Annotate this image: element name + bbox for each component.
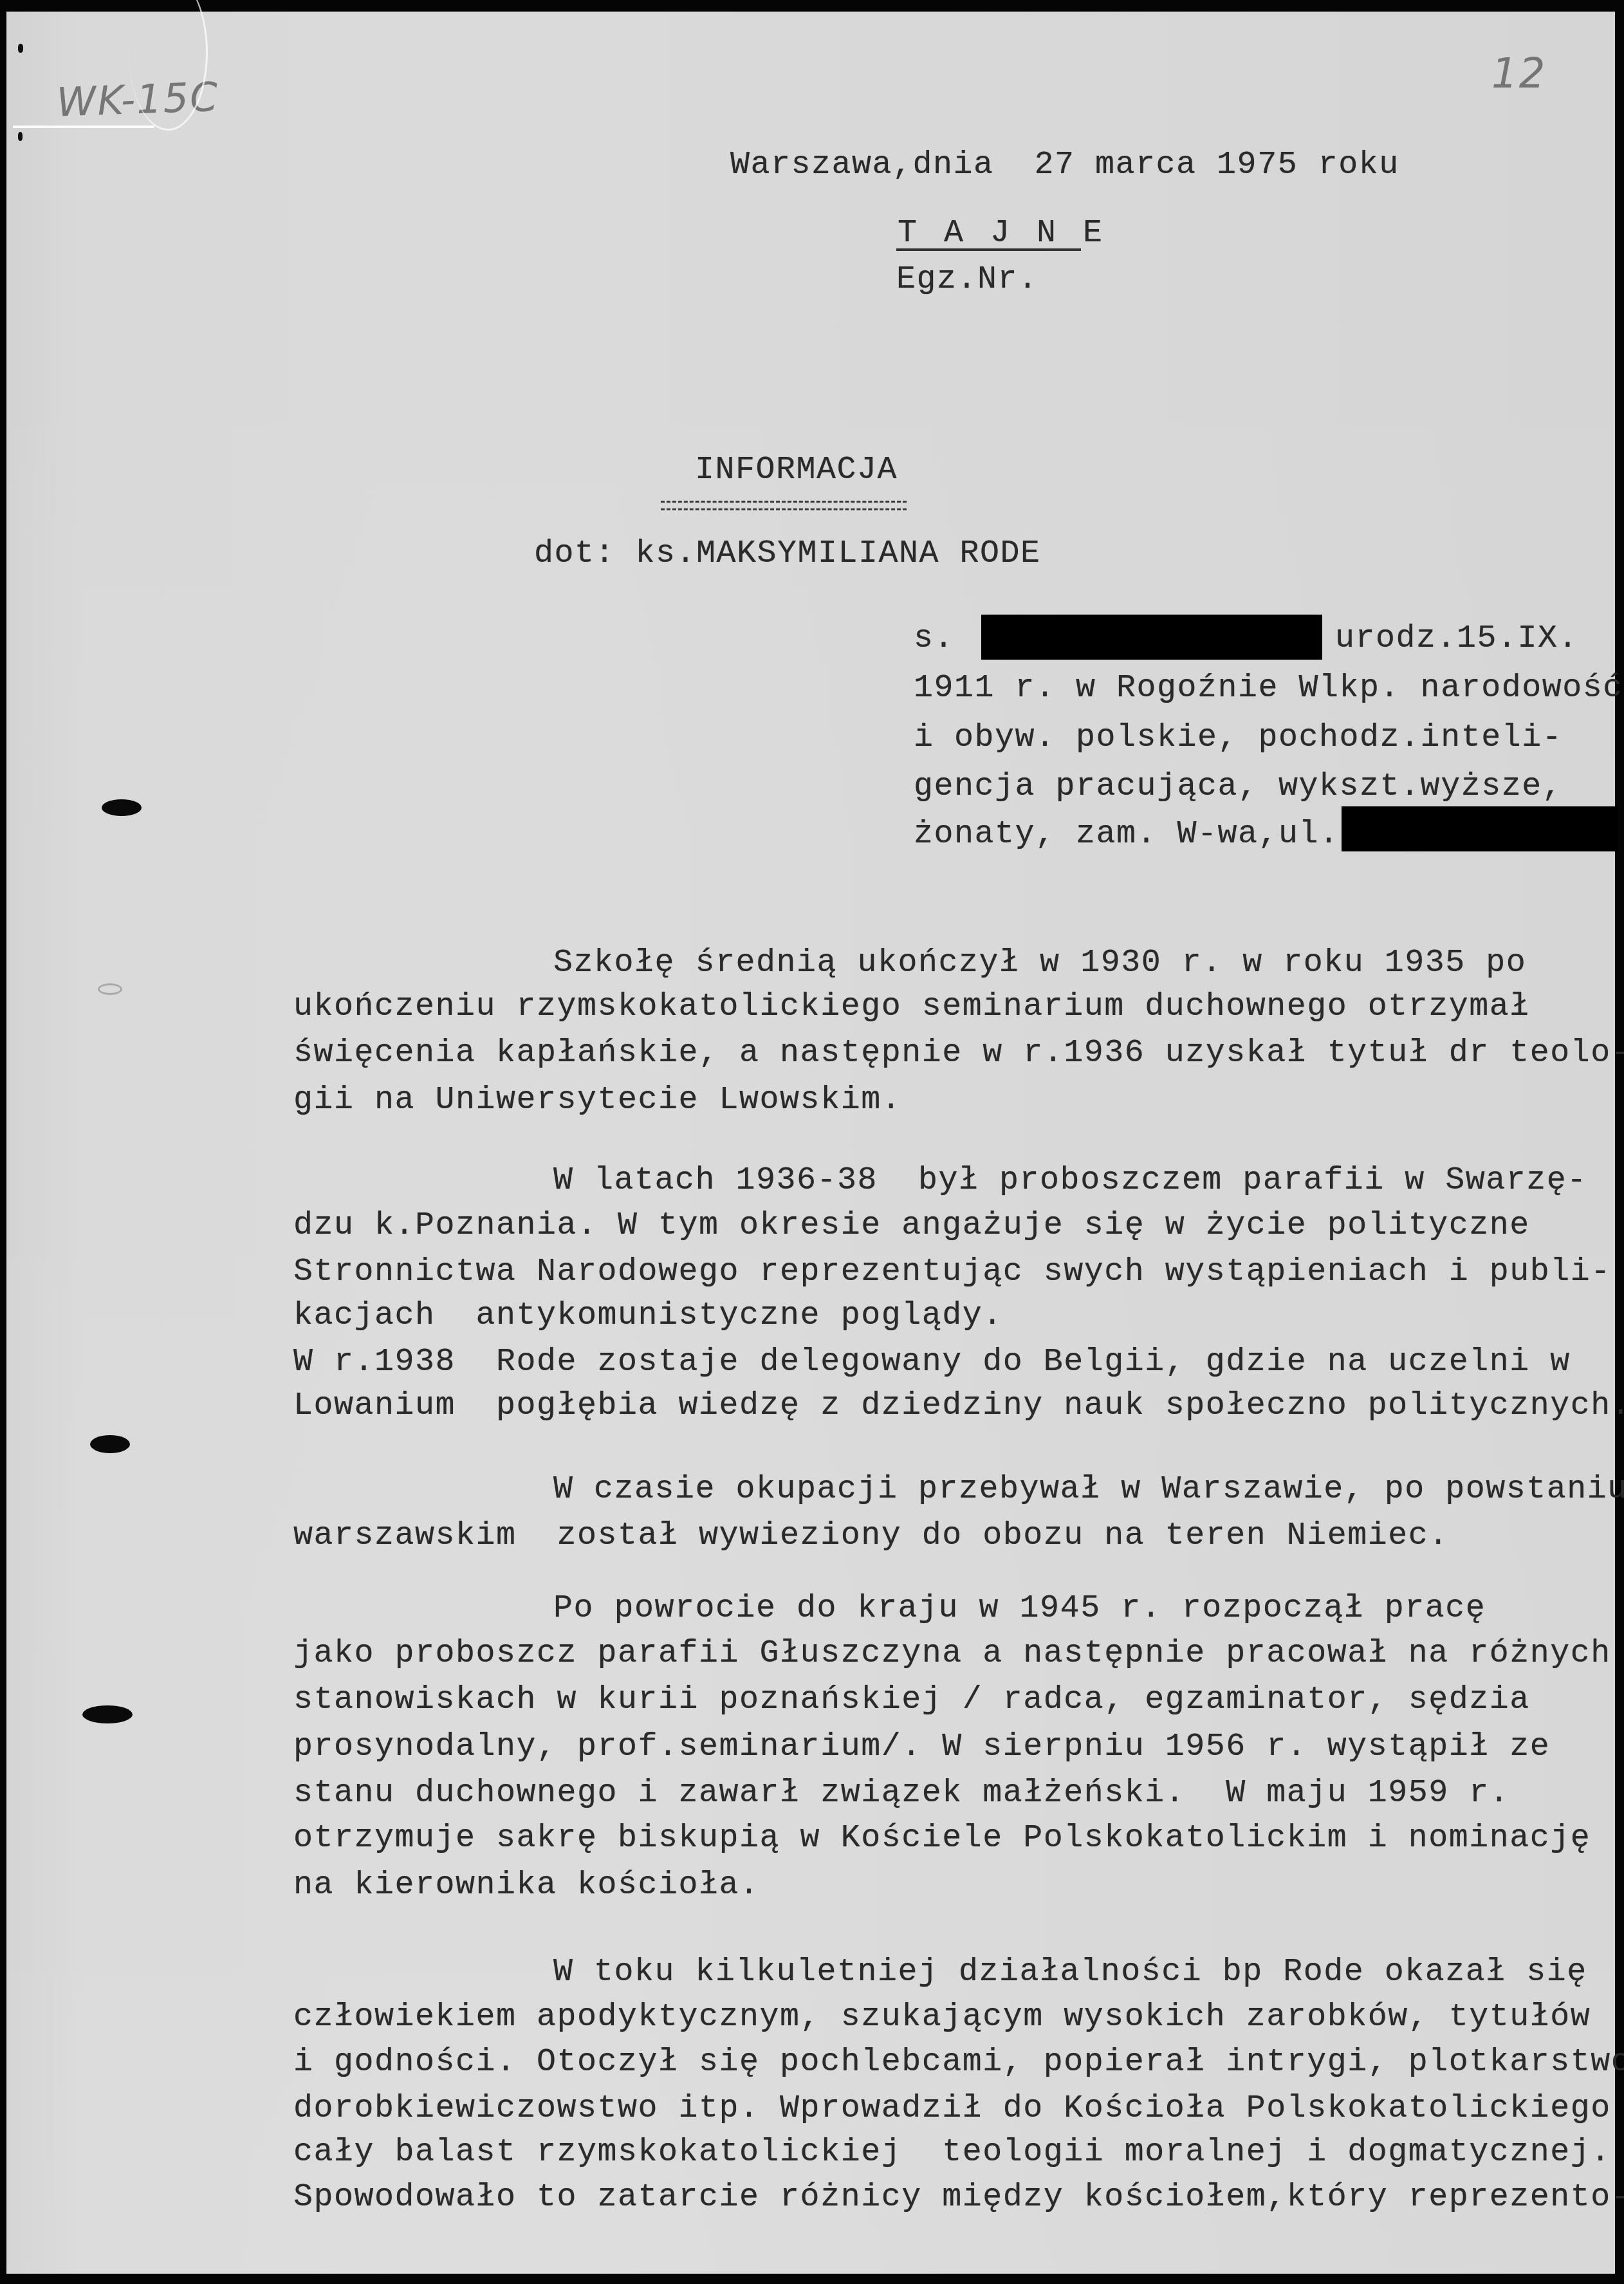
place-date-line: Warszawa,dnia 27 marca 1975 roku (730, 149, 1399, 181)
punch-hole-icon (90, 1435, 130, 1453)
heading-double-underline (661, 501, 907, 510)
body-line: dzu k.Poznania. W tym okresie angażuje s… (293, 1210, 1530, 1242)
classification-stamp: T A J N E (898, 218, 1106, 250)
body-line: Lowanium pogłębia wiedzę z dziedziny nau… (293, 1390, 1624, 1422)
body-line: Stronnictwa Narodowego reprezentując swy… (293, 1256, 1611, 1288)
body-line: ukończeniu rzymskokatolickiego seminariu… (293, 991, 1530, 1023)
body-line: W toku kilkuletniej działalności bp Rode… (553, 1956, 1587, 1989)
film-scratch (13, 125, 154, 128)
redaction-bar (981, 615, 1322, 660)
redaction-bar (1342, 806, 1618, 851)
body-line: stanu duchownego i zawarł związek małżeń… (293, 1778, 1509, 1810)
margin-mark (18, 44, 23, 53)
body-line: cały balast rzymskokatolickiej teologii … (293, 2137, 1611, 2169)
body-line: W r.1938 Rode zostaje delegowany do Belg… (293, 1346, 1571, 1379)
body-line: W czasie okupacji przebywał w Warszawie,… (553, 1474, 1624, 1506)
punch-hole-icon (82, 1705, 133, 1723)
personal-data-line: żonaty, zam. W-wa,ul. (914, 819, 1340, 851)
classification-underline (896, 248, 1081, 251)
personal-data-line: i obyw. polskie, pochodz.inteli- (914, 722, 1562, 754)
margin-ring-mark (98, 983, 122, 995)
body-line: człowiekiem apodyktycznym, szukającym wy… (293, 2001, 1591, 2034)
handwritten-page-number: 12 (1491, 50, 1546, 98)
copy-number-label: Egz.Nr. (896, 264, 1038, 296)
body-line: święcenia kapłańskie, a następnie w r.19… (293, 1037, 1624, 1070)
body-line: Szkołę średnią ukończył w 1930 r. w roku… (553, 947, 1526, 980)
body-line: W latach 1936-38 był proboszczem parafii… (553, 1165, 1587, 1197)
personal-data-line: gencja pracująca, wykszt.wyższe, (914, 771, 1562, 803)
body-line: gii na Uniwersytecie Lwowskim. (293, 1084, 901, 1117)
document-subject: dot: ks.MAKSYMILIANA RODE (534, 538, 1041, 570)
body-line: na kierownika kościoła. (293, 1870, 760, 1902)
body-line: Spowodowało to zatarcie różnicy między k… (293, 2182, 1624, 2214)
scanned-page (6, 12, 1615, 2274)
personal-data-line: urodz.15.IX. (1335, 623, 1578, 655)
body-line: dorobkiewiczowstwo itp. Wprowadził do Ko… (293, 2093, 1611, 2125)
body-line: stanowiskach w kurii poznańskiej / radca… (293, 1684, 1530, 1716)
margin-mark (18, 132, 23, 141)
body-line: otrzymuje sakrę biskupią w Kościele Pols… (293, 1823, 1591, 1855)
document-heading: INFORMACJA (695, 454, 898, 487)
body-line: prosynodalny, prof.seminarium/. W sierpn… (293, 1731, 1550, 1763)
body-line: warszawskim został wywieziony do obozu n… (293, 1520, 1449, 1552)
personal-data-line: s. (914, 623, 954, 655)
body-line: Po powrocie do kraju w 1945 r. rozpoczął… (553, 1593, 1486, 1625)
personal-data-line: 1911 r. w Rogoźnie Wlkp. narodowość (914, 673, 1623, 705)
body-line: jako proboszcz parafii Głuszczyna a nast… (293, 1638, 1611, 1670)
body-line: kacjach antykomunistyczne poglądy. (293, 1300, 1003, 1332)
body-line: i godności. Otoczył się pochlebcami, pop… (293, 2047, 1624, 2079)
punch-hole-icon (102, 799, 142, 816)
